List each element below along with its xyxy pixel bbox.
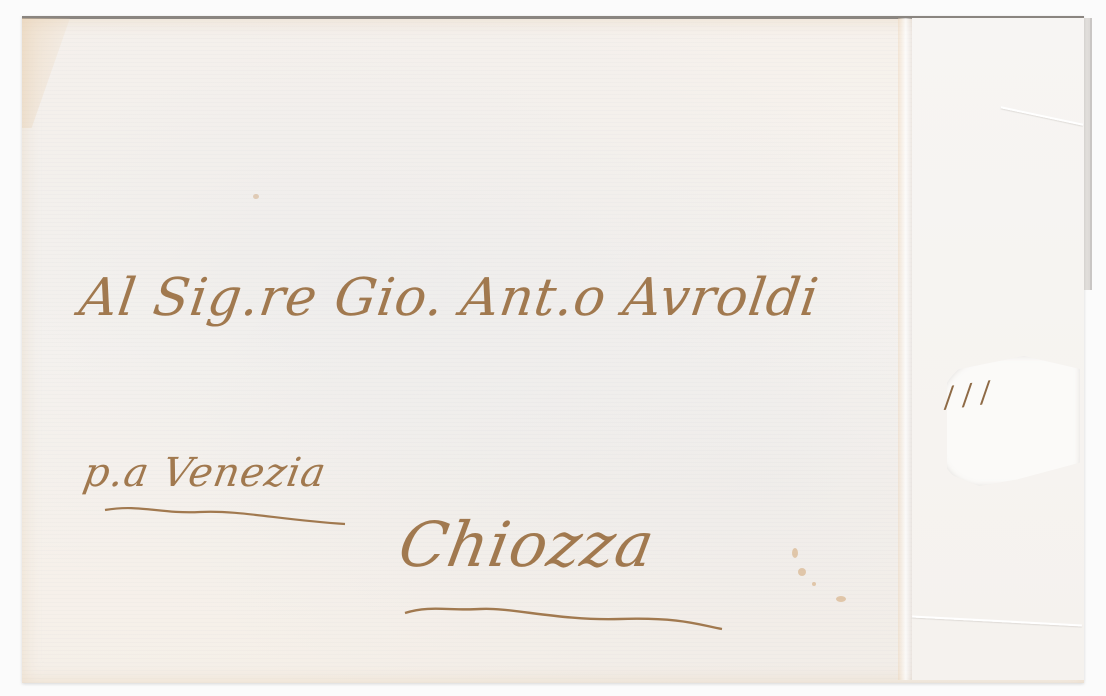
address-routing: p.a Venezia [80, 450, 330, 496]
foxing-spot [812, 582, 816, 586]
foxing-spot [792, 548, 798, 558]
address-recipient: Al Sig.re Gio. Ant.o Avroldi [76, 268, 823, 328]
wax-seal-remnant [940, 356, 1080, 486]
foxing-spot [253, 194, 259, 199]
foxing-spot [798, 568, 806, 576]
foxing-spot [836, 596, 846, 602]
vertical-fold [898, 18, 912, 680]
flap-manuscript-mark: / / / [942, 375, 992, 415]
letter-flap [912, 18, 1084, 680]
photo-stage: Al Sig.re Gio. Ant.o Avroldi p.a Venezia… [0, 0, 1106, 696]
address-destination: Chiozza [394, 508, 661, 581]
